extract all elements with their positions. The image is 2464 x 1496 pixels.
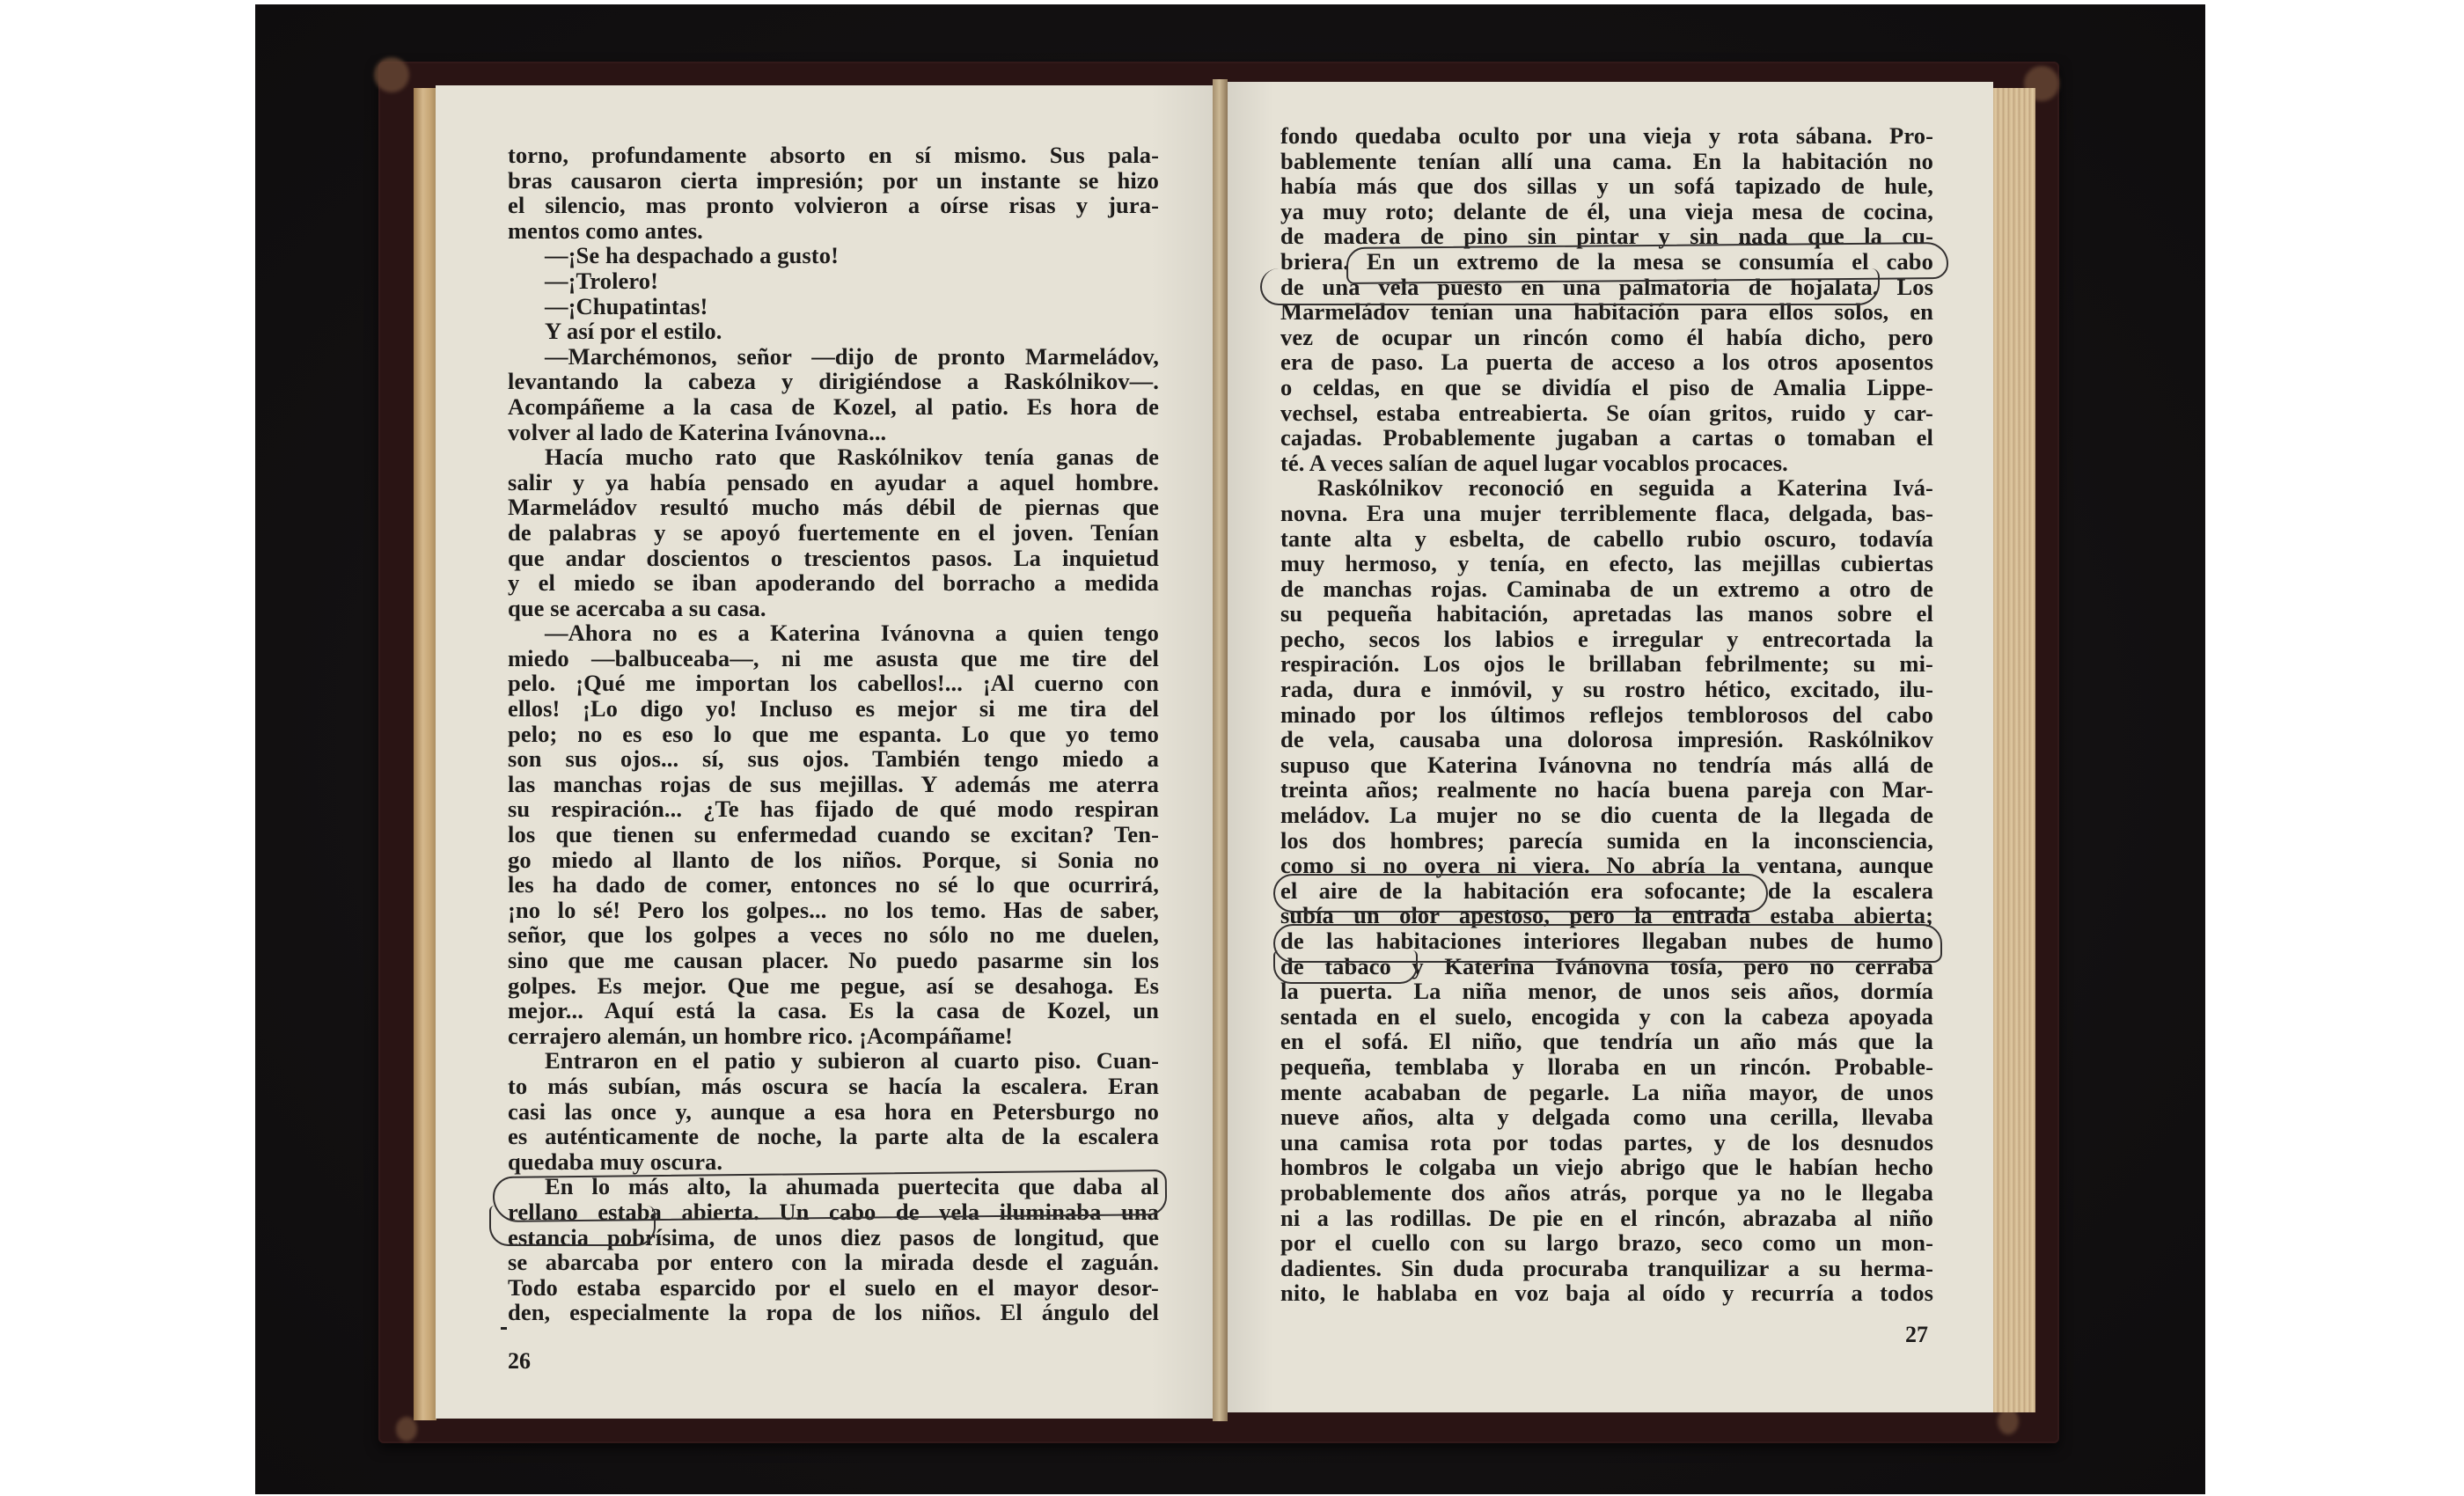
text-line: mente acababan de pegarle. La niña mayor…	[1280, 1080, 1933, 1105]
text-line: de vela, causaba una dolorosa impresión.…	[1280, 727, 1933, 752]
page-number-left: 26	[508, 1348, 531, 1375]
text-line: mejor... Aquí está la casa. Es la casa d…	[508, 998, 1159, 1023]
text-line: casi las once y, aunque a esa hora en Pe…	[508, 1099, 1159, 1125]
text-line: por el cuello con su largo brazo, seco c…	[1280, 1230, 1933, 1256]
text-line: su respiración... ¿Te has fijado de qué …	[508, 796, 1159, 822]
text-line: vechsel, estaba entreabierta. Se oían gr…	[1280, 400, 1933, 426]
text-line: supuso que Katerina Ivánovna no tendría …	[1280, 752, 1933, 778]
text-line: —¡Trolero!	[508, 268, 1159, 294]
text-line: había más que dos sillas y un sofá tapiz…	[1280, 173, 1933, 199]
text-line: minado por los últimos reflejos tembloro…	[1280, 702, 1933, 728]
text-line: ni a las rodillas. De pie en el rincón, …	[1280, 1206, 1933, 1231]
text-line: cajadas. Probablemente jugaban a cartas …	[1280, 425, 1933, 451]
text-line: las manchas rojas de sus mejillas. Y ade…	[508, 772, 1159, 797]
text-line: Entraron en el patio y subieron al cuart…	[508, 1048, 1159, 1074]
text-line: de madera de pino sin pintar y sin nada …	[1280, 224, 1933, 249]
text-line: —Marchémonos, señor —dijo de pronto Marm…	[508, 344, 1159, 370]
text-line: sino que me causan placer. No puedo pasa…	[508, 948, 1159, 973]
text-line: Raskólnikov reconoció en seguida a Kater…	[1280, 475, 1933, 501]
text-line: se abarcaba por entero con la mirada des…	[508, 1250, 1159, 1275]
text-line: mentos como antes.	[508, 218, 1159, 244]
text-line: dadientes. Sin duda procuraba tranquiliz…	[1280, 1256, 1933, 1281]
text-line: Marmeládov tenían una habitación para el…	[1280, 299, 1933, 325]
text-line: respiración. Los ojos le brillaban febri…	[1280, 651, 1933, 677]
text-line: miedo —balbuceaba—, ni me asusta que me …	[508, 646, 1159, 671]
text-line: pelo; no es eso lo que me espanta. Lo qu…	[508, 722, 1159, 747]
text-line: den, especialmente la ropa de los niños.…	[508, 1300, 1159, 1325]
text-line: ¡no lo sé! Pero los golpes... no los tem…	[508, 898, 1159, 923]
right-page-edge-stack	[1993, 88, 2035, 1412]
text-line: rada, dura e inmóvil, y su rostro hético…	[1280, 677, 1933, 702]
text-line: era de paso. La puerta de acceso a los o…	[1280, 349, 1933, 375]
text-line: pequeña, temblaba y lloraba en un rincón…	[1280, 1054, 1933, 1080]
text-line: pelo. ¡Qué me importan los cabellos!... …	[508, 671, 1159, 696]
page-number-right: 27	[1905, 1322, 1928, 1348]
text-line: vez de ocupar un rincón como él había di…	[1280, 325, 1933, 350]
text-line: en el sofá. El niño, que tendría un año …	[1280, 1029, 1933, 1054]
text-line: nito, le hablaba en voz baja al oído y r…	[1280, 1280, 1933, 1306]
text-line: nueve años, alta y delgada como una ceri…	[1280, 1104, 1933, 1130]
text-line: to más subían, más oscura se hacía la es…	[508, 1074, 1159, 1099]
text-line: de manchas rojas. Caminaba de un extremo…	[1280, 576, 1933, 602]
text-line: levantando la cabeza y dirigiéndose a Ra…	[508, 369, 1159, 394]
text-line: hombros le colgaba un viejo abrigo que l…	[1280, 1155, 1933, 1180]
text-line: una camisa rota por todas partes, y de l…	[1280, 1130, 1933, 1155]
text-line: su pequeña habitación, apretadas las man…	[1280, 601, 1933, 627]
text-line: la puerta. La niña menor, de unos seis a…	[1280, 979, 1933, 1004]
text-line: En lo más alto, la ahumada puertecita qu…	[508, 1174, 1159, 1199]
text-line: que andar doscientos o trescientos pasos…	[508, 546, 1159, 571]
text-line: los dos hombres; parecía sumida en la in…	[1280, 828, 1933, 854]
text-line: y el miedo se iban apoderando del borrac…	[508, 570, 1159, 596]
text-line: ya muy roto; delante de él, una vieja me…	[1280, 199, 1933, 224]
text-line: meládov. La mujer no se dio cuenta de la…	[1280, 803, 1933, 828]
text-line: Hacía mucho rato que Raskólnikov tenía g…	[508, 444, 1159, 470]
text-line: —¡Se ha despachado a gusto!	[508, 243, 1159, 268]
text-line: golpes. Es mejor. Que me pegue, así se d…	[508, 973, 1159, 999]
text-line: señor, que los golpes a veces no sólo no…	[508, 922, 1159, 948]
worn-corner-bottom-left	[396, 1417, 417, 1441]
text-line: cerrajero alemán, un hombre rico. ¡Acomp…	[508, 1023, 1159, 1049]
text-line: —¡Chupatintas!	[508, 294, 1159, 319]
text-line: torno, profundamente absorto en sí mismo…	[508, 143, 1159, 168]
text-line: de las habitaciones interiores llegaban …	[1280, 928, 1933, 954]
text-line: subía un olor apestoso, pero la entrada …	[1280, 903, 1933, 928]
text-line: es auténticamente de noche, la parte alt…	[508, 1124, 1159, 1149]
text-line: volver al lado de Katerina Ivánovna...	[508, 420, 1159, 445]
text-line: de palabras y se apoyó fuertemente en el…	[508, 520, 1159, 546]
text-line: Y así por el estilo.	[508, 319, 1159, 344]
text-line: tante alta y esbelta, de cabello rubio o…	[1280, 526, 1933, 552]
text-line: fondo quedaba oculto por una vieja y rot…	[1280, 123, 1933, 149]
stray-mark	[501, 1327, 507, 1330]
text-line: de tabaco y Katerina Ivánovna tosía, per…	[1280, 954, 1933, 979]
text-line: Acompáñeme a la casa de Kozel, al patio.…	[508, 394, 1159, 420]
text-line: muy hermoso, y tenía, en efecto, las mej…	[1280, 551, 1933, 576]
text-line: té. A veces salían de aquel lugar vocabl…	[1280, 451, 1933, 476]
text-line: el aire de la habitación era sofocante; …	[1280, 878, 1933, 904]
text-line: sentada en el suelo, encogida y con la c…	[1280, 1004, 1933, 1030]
text-line: Todo estaba esparcido por el suelo en el…	[508, 1275, 1159, 1301]
text-line: pecho, secos los labios e irregular y en…	[1280, 627, 1933, 652]
text-line: el silencio, mas pronto volvieron a oírs…	[508, 193, 1159, 218]
text-line: o celdas, en que se dividía el piso de A…	[1280, 375, 1933, 400]
text-line: los que tienen su enfermedad cuando se e…	[508, 822, 1159, 847]
text-line: —Ahora no es a Katerina Ivánovna a quien…	[508, 620, 1159, 646]
left-page-edge	[414, 88, 436, 1420]
text-line: les ha dado de comer, entonces no sé lo …	[508, 872, 1159, 898]
text-line: probablemente dos años atrás, porque ya …	[1280, 1180, 1933, 1206]
worn-corner-top-left	[374, 57, 409, 92]
text-line: Marmeládov resultó mucho más débil de pi…	[508, 495, 1159, 520]
text-line: son sus ojos... sí, sus ojos. También te…	[508, 746, 1159, 772]
text-line: rellano estaba abierta. Un cabo de vela …	[508, 1199, 1159, 1225]
right-page-text: fondo quedaba oculto por una vieja y rot…	[1280, 123, 1933, 1306]
text-line: novna. Era una mujer terriblemente flaca…	[1280, 501, 1933, 526]
text-line: estancia pobrísima, de unos diez pasos d…	[508, 1225, 1159, 1250]
text-line: quedaba muy oscura.	[508, 1149, 1159, 1175]
text-line: ellos! ¡Lo digo yo! Incluso es mejor si …	[508, 696, 1159, 722]
text-line: briera. En un extremo de la mesa se cons…	[1280, 249, 1933, 275]
text-line: bablemente tenían allí una cama. En la h…	[1280, 149, 1933, 174]
text-line: de una vela puesto en una palmatoria de …	[1280, 275, 1933, 300]
text-line: como si no oyera ni viera. No abría la v…	[1280, 853, 1933, 878]
left-page-text: torno, profundamente absorto en sí mismo…	[508, 143, 1159, 1325]
text-line: que se acercaba a su casa.	[508, 596, 1159, 621]
text-line: treinta años; realmente no hacía buena p…	[1280, 777, 1933, 803]
text-line: bras causaron cierta impresión; por un i…	[508, 168, 1159, 194]
text-line: salir y ya había pensado en ayudar a aqu…	[508, 470, 1159, 495]
text-line: go miedo al llanto de los niños. Porque,…	[508, 847, 1159, 873]
book-gutter	[1213, 79, 1228, 1421]
